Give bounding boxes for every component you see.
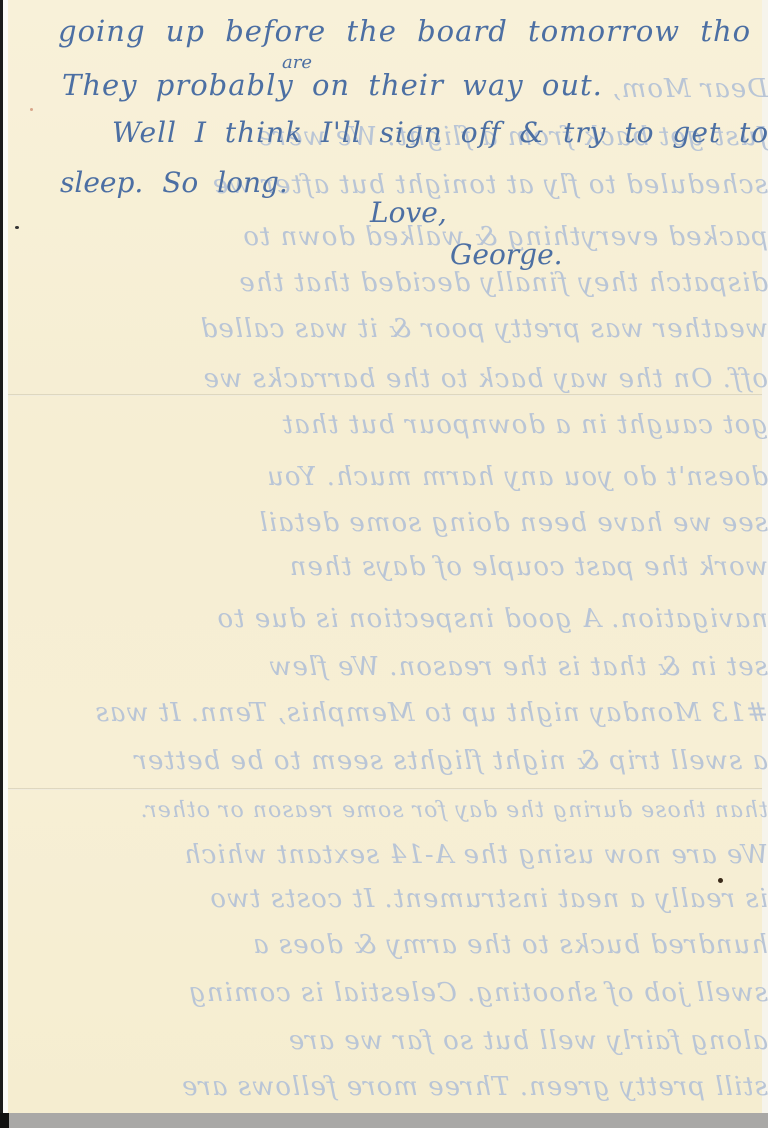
- bleed-line: is really a neat instrument. It costs tw…: [0, 884, 768, 914]
- bleed-line: #13 Monday night up to Memphis, Tenn. It…: [0, 698, 768, 728]
- scan-bottom-border: [0, 1113, 768, 1128]
- letter-line: sleep. So long.: [60, 166, 288, 199]
- signature: George.: [450, 238, 563, 271]
- bleed-line: still pretty green. Three more fellows a…: [0, 1072, 768, 1102]
- letter-line: going up before the board tomorrow tho: [58, 14, 751, 48]
- bleed-line: got caught in a downpour but that: [0, 410, 768, 440]
- paper-speck: [15, 226, 19, 229]
- bleed-line: swell job of shooting. Celestial is comi…: [0, 978, 768, 1008]
- bleed-line: off. On the way back to the barracks we: [0, 364, 768, 394]
- bleed-line: doesn't do you any harm much. You: [0, 462, 768, 492]
- bleed-line: work the past couple of days then: [0, 552, 768, 582]
- scan-corner: [0, 1113, 9, 1128]
- bleed-line: see we have been doing some detail: [0, 508, 768, 538]
- bleed-line: a swell trip & night flights seem to be …: [0, 746, 768, 776]
- fold-line-lower: [8, 788, 762, 790]
- bleed-line: dispatch they finally decided that the: [0, 268, 768, 298]
- letter-line: They probably on their way out.: [62, 68, 603, 102]
- paper-speck: [718, 878, 723, 883]
- bleed-line: hundred bucks to the army & does a: [0, 930, 768, 960]
- bleed-line: weather was pretty poor & it was called: [0, 314, 768, 344]
- bleed-line: than those during the day for some reaso…: [0, 798, 768, 823]
- letter-line: Well I think I'll sign off & try to get …: [112, 116, 768, 149]
- bleed-line: along fairly well but so far we are: [0, 1026, 768, 1056]
- scanned-letter-page: Dear Mom, Just got back from a flight. W…: [0, 0, 768, 1128]
- fold-line-upper: [8, 394, 762, 396]
- bleed-line: set in & that is the reason. We flew: [0, 652, 768, 682]
- paper-speck: [30, 108, 33, 111]
- bleed-line: We are now using the A-14 sextant which: [0, 840, 768, 870]
- bleed-line: navigation. A good inspection is due to: [0, 604, 768, 634]
- letter-closing: Love,: [370, 196, 447, 229]
